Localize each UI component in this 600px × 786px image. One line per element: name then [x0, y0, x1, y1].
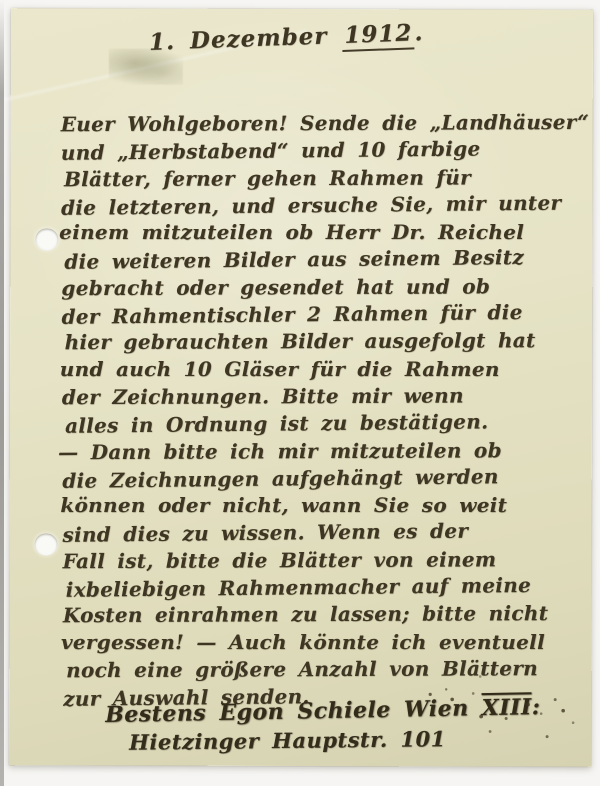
- scan-edge-strip: [0, 0, 4, 786]
- letter-line: der Zeichnungen. Bitte mir wenn: [62, 382, 591, 412]
- letter-line: und „Herbstabend“ und 10 farbige: [61, 135, 590, 168]
- letter-paper: 1. Dezember 1912. Euer Wohlgeboren! Send…: [9, 8, 593, 767]
- letter-line: die weiteren Bilder aus seinem Besitz: [64, 244, 590, 277]
- signature-text: Bestens Egon Schiele Wien: [105, 695, 482, 728]
- letter-line: die letzteren, und ersuche Sie, mir unte…: [61, 189, 590, 222]
- letter-line: Kosten einrahmen zu lassen; bitte nicht: [63, 600, 592, 630]
- letter-line: noch eine größere Anzahl von Blättern: [66, 655, 592, 685]
- letter-line: — Dann bitte ich mir mitzuteilen ob: [58, 436, 591, 466]
- address-line: Hietzinger Hauptstr. 101: [129, 726, 446, 755]
- letter-body: Euer Wohlgeboren! Sende die „Landhäuser“…: [61, 109, 592, 712]
- letter-line: gebracht oder gesendet hat und ob: [61, 273, 590, 303]
- date-suffix: .: [414, 19, 424, 46]
- letter-line: können oder nicht, wann Sie so weit: [60, 492, 590, 519]
- letter-line: vergessen! — Auch könnte ich eventuell: [61, 629, 591, 656]
- letter-line: die Zeichnungen aufgehängt werden: [62, 462, 591, 495]
- signature-colon: :: [531, 694, 540, 720]
- letter-line: Euer Wohlgeboren! Sende die „Landhäuser“: [61, 109, 590, 139]
- date-prefix: 1. Dezember: [149, 22, 343, 56]
- letter-line: einem mitzuteilen ob Herr Dr. Reichel: [59, 219, 589, 246]
- letter-line: der Rahmentischler 2 Rahmen für die: [61, 298, 590, 331]
- letter-line: Fall ist, bitte die Blätter von einem: [63, 546, 592, 576]
- hole-punch-bottom: [35, 533, 58, 555]
- letter-date: 1. Dezember 1912.: [149, 19, 424, 56]
- district-roman-numeral: XIII: [482, 694, 532, 721]
- date-year: 1912: [342, 19, 415, 52]
- letter-line: und auch 10 Gläser für die Rahmen: [60, 356, 590, 383]
- letter-line: sind dies zu wissen. Wenn es der: [62, 517, 591, 550]
- letter-line: hier gebrauchten Bilder ausgefolgt hat: [65, 327, 591, 357]
- letter-line: alles in Ordnung ist zu bestätigen.: [65, 408, 591, 441]
- letter-line: ixbeliebigen Rahmenmacher auf meine: [66, 571, 592, 604]
- ink-spatter: [11, 8, 13, 10]
- hole-punch-top: [35, 228, 58, 250]
- letter-line: Blätter, ferner gehen Rahmen für: [64, 164, 590, 194]
